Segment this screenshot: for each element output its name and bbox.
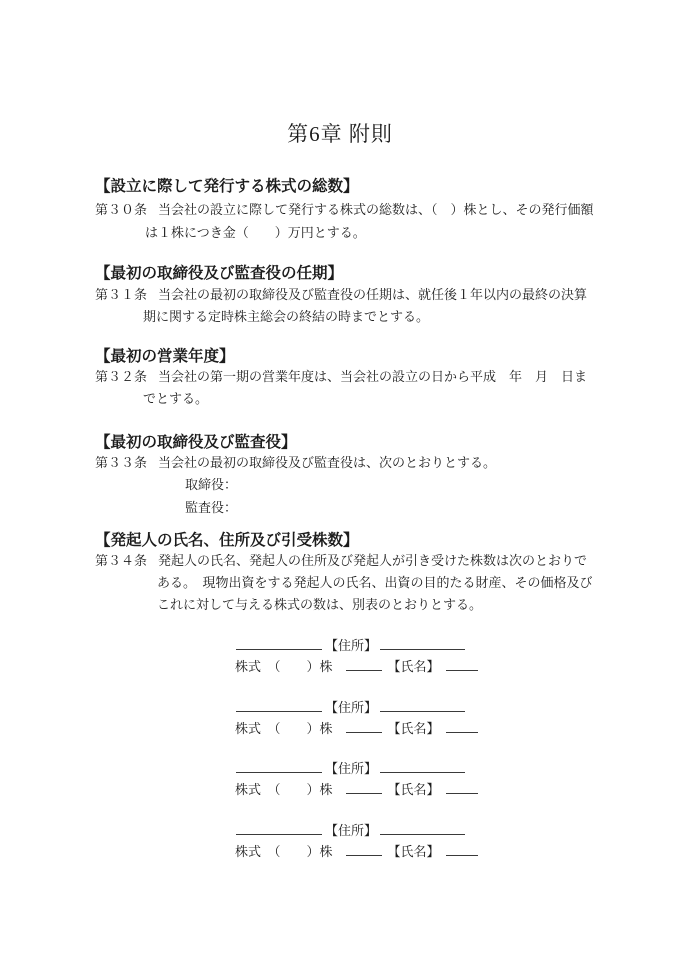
article-33-text: 当会社の最初の取締役及び監査役は、次のとおりとする。 [158, 455, 496, 470]
founder-4-name-label: 【氏名】 [388, 844, 440, 859]
founder-3-address-row: 【住所】 [236, 758, 465, 777]
founder-2-address-label: 【住所】 [325, 700, 377, 715]
article-34-line-3: これに対して与える株式の数は、別表のとおりとする。 [157, 594, 482, 613]
founder-2-address-row: 【住所】 [236, 697, 465, 716]
article-32-number: 第３２条 [95, 366, 158, 385]
founder-4-address-row: 【住所】 [236, 820, 465, 839]
article-31-line-2: 期に関する定時株主総会の終結の時までとする。 [143, 306, 429, 325]
section-heading-first-officers-term: 【最初の取締役及び監査役の任期】 [95, 261, 343, 283]
article-33-number: 第３３条 [95, 452, 158, 471]
founder-2-shares-row: 株式 （ ）株【氏名】 [235, 718, 478, 737]
founder-3-address-blank-left [236, 758, 322, 773]
auditor-label: 監査役： [185, 497, 237, 516]
article-34-line-1: 第３４条発起人の氏名、発起人の住所及び発起人が引き受けた株数は次のとおりで [95, 550, 587, 569]
section-heading-shares-total: 【設立に際して発行する株式の総数】 [95, 174, 359, 196]
founder-2-shares-text: 株式 （ ）株 [235, 721, 333, 736]
founder-2-name-blank-right [446, 718, 478, 733]
document-page: 第6章 附則 【設立に際して発行する株式の総数】 第３０条当会社の設立に際して発… [0, 0, 680, 962]
founder-2-name-blank-left [346, 718, 382, 733]
founder-1-name-blank-left [346, 656, 382, 671]
article-33-line-1: 第３３条当会社の最初の取締役及び監査役は、次のとおりとする。 [95, 452, 496, 471]
founder-3-address-label: 【住所】 [325, 761, 377, 776]
founder-1-address-row: 【住所】 [236, 635, 465, 654]
section-heading-first-officers: 【最初の取締役及び監査役】 [95, 430, 297, 452]
chapter-title: 第6章 附則 [0, 118, 680, 148]
article-31-line-1: 第３１条当会社の最初の取締役及び監査役の任期は、就任後１年以内の最終の決算 [95, 284, 587, 303]
founder-3-name-blank-left [346, 779, 382, 794]
founder-3-name-blank-right [446, 779, 478, 794]
founder-4-name-blank-left [346, 841, 382, 856]
article-32-line-2: でとする。 [143, 388, 208, 407]
founder-4-name-blank-right [446, 841, 478, 856]
article-31-number: 第３１条 [95, 284, 158, 303]
section-heading-first-fiscal-year: 【最初の営業年度】 [95, 344, 235, 366]
founder-3-shares-text: 株式 （ ）株 [235, 782, 333, 797]
founder-4-address-blank-left [236, 820, 322, 835]
founder-1-address-blank-left [236, 635, 322, 650]
director-label: 取締役： [185, 474, 237, 493]
article-32-text: 当会社の第一期の営業年度は、当会社の設立の日から平成 年 月 日ま [158, 369, 587, 384]
article-30-text: 当会社の設立に際して発行する株式の総数は、（ ）株とし、その発行価額 [158, 202, 594, 217]
founder-1-name-blank-right [446, 656, 478, 671]
founder-4-shares-row: 株式 （ ）株【氏名】 [235, 841, 478, 860]
founder-1-name-label: 【氏名】 [388, 659, 440, 674]
founder-4-address-blank-right [380, 820, 465, 835]
founder-2-name-label: 【氏名】 [388, 721, 440, 736]
founder-1-shares-row: 株式 （ ）株【氏名】 [235, 656, 478, 675]
article-30-line-2: は１株につき金（ ）万円とする。 [145, 222, 366, 241]
founder-1-address-label: 【住所】 [325, 638, 377, 653]
article-32-line-1: 第３２条当会社の第一期の営業年度は、当会社の設立の日から平成 年 月 日ま [95, 366, 587, 385]
founder-3-name-label: 【氏名】 [388, 782, 440, 797]
article-30-number: 第３０条 [95, 199, 158, 218]
article-34-number: 第３４条 [95, 550, 158, 569]
founder-1-shares-text: 株式 （ ）株 [235, 659, 333, 674]
article-31-text: 当会社の最初の取締役及び監査役の任期は、就任後１年以内の最終の決算 [158, 287, 587, 302]
founder-2-address-blank-right [380, 697, 465, 712]
founder-1-address-blank-right [380, 635, 465, 650]
founder-4-address-label: 【住所】 [325, 823, 377, 838]
section-heading-founders: 【発起人の氏名、住所及び引受株数】 [95, 528, 359, 550]
founder-2-address-blank-left [236, 697, 322, 712]
article-34-line-2: ある。 現物出資をする発起人の氏名、出資の目的たる財産、その価格及び [157, 572, 593, 591]
article-34-text: 発起人の氏名、発起人の住所及び発起人が引き受けた株数は次のとおりで [158, 553, 587, 568]
founder-3-address-blank-right [380, 758, 465, 773]
founder-3-shares-row: 株式 （ ）株【氏名】 [235, 779, 478, 798]
founder-4-shares-text: 株式 （ ）株 [235, 844, 333, 859]
article-30-line-1: 第３０条当会社の設立に際して発行する株式の総数は、（ ）株とし、その発行価額 [95, 199, 594, 218]
